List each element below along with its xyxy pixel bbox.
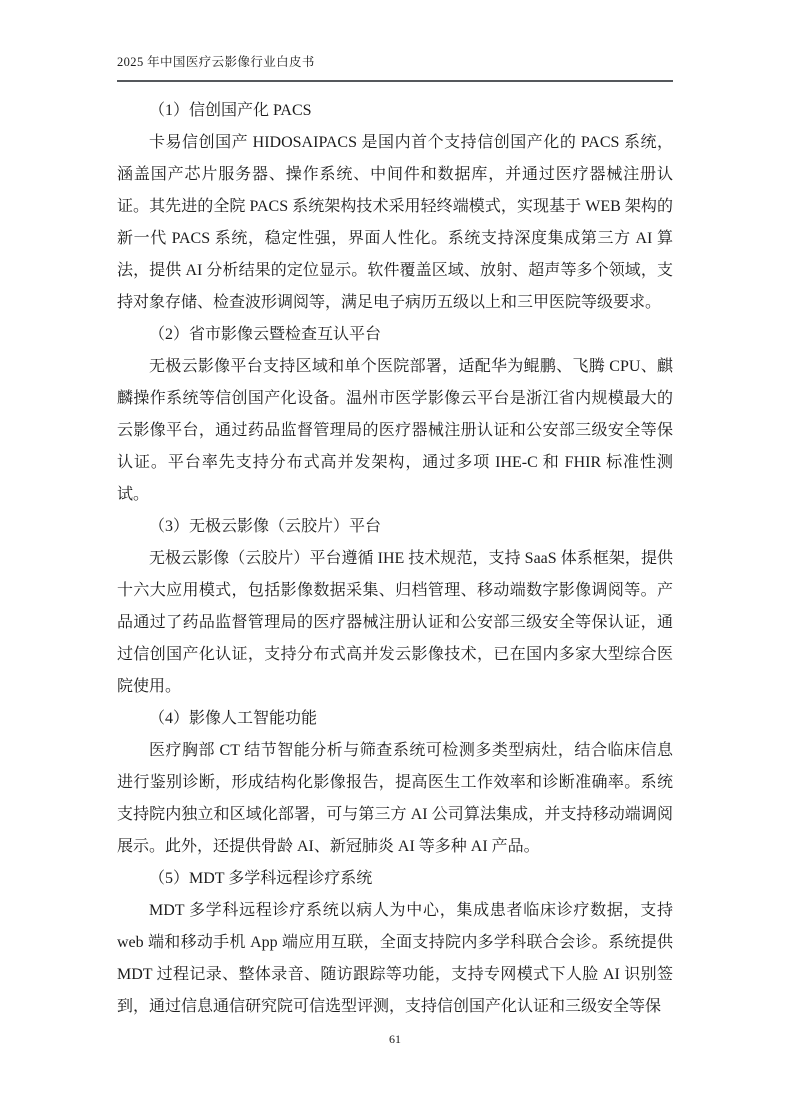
section-heading-4: （4）影像人工智能功能	[117, 703, 673, 735]
section-body-2: 无极云影像平台支持区域和单个医院部署，适配华为鲲鹏、飞腾 CPU、麒麟操作系统等…	[117, 351, 673, 511]
section-body-5: MDT 多学科远程诊疗系统以病人为中心，集成患者临床诊疗数据，支持 web 端和…	[117, 895, 673, 1023]
section-5: （5）MDT 多学科远程诊疗系统 MDT 多学科远程诊疗系统以病人为中心，集成患…	[117, 863, 673, 1023]
page-header: 2025 年中国医疗云影像行业白皮书	[117, 54, 673, 82]
section-body-3: 无极云影像（云胶片）平台遵循 IHE 技术规范，支持 SaaS 体系框架，提供十…	[117, 543, 673, 703]
section-heading-2: （2）省市影像云暨检查互认平台	[117, 319, 673, 351]
section-3: （3）无极云影像（云胶片）平台 无极云影像（云胶片）平台遵循 IHE 技术规范，…	[117, 511, 673, 703]
header-title: 2025 年中国医疗云影像行业白皮书	[117, 54, 673, 71]
section-heading-1: （1）信创国产化 PACS	[117, 95, 673, 127]
section-heading-3: （3）无极云影像（云胶片）平台	[117, 511, 673, 543]
page-footer: 61	[0, 1031, 790, 1047]
section-body-1: 卡易信创国产 HIDOSAIPACS 是国内首个支持信创国产化的 PACS 系统…	[117, 127, 673, 319]
page-number: 61	[389, 1032, 401, 1046]
document-body: （1）信创国产化 PACS 卡易信创国产 HIDOSAIPACS 是国内首个支持…	[117, 95, 673, 1023]
document-page: 2025 年中国医疗云影像行业白皮书 （1）信创国产化 PACS 卡易信创国产 …	[0, 0, 790, 1117]
header-rule	[117, 80, 673, 82]
section-heading-5: （5）MDT 多学科远程诊疗系统	[117, 863, 673, 895]
section-4: （4）影像人工智能功能 医疗胸部 CT 结节智能分析与筛查系统可检测多类型病灶，…	[117, 703, 673, 863]
section-2: （2）省市影像云暨检查互认平台 无极云影像平台支持区域和单个医院部署，适配华为鲲…	[117, 319, 673, 511]
section-body-4: 医疗胸部 CT 结节智能分析与筛查系统可检测多类型病灶，结合临床信息进行鉴别诊断…	[117, 735, 673, 863]
section-1: （1）信创国产化 PACS 卡易信创国产 HIDOSAIPACS 是国内首个支持…	[117, 95, 673, 319]
